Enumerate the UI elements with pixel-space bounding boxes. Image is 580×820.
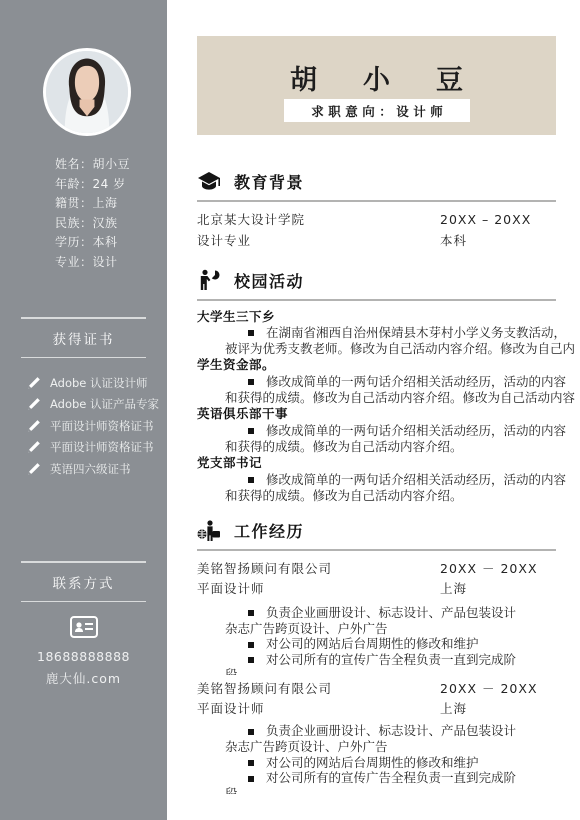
certificate-item: Adobe 认证设计师 [0,372,167,394]
certificate-label: Adobe 认证设计师 [50,375,148,391]
pen-icon [27,462,41,476]
job-role: 平面设计师 [197,579,440,599]
divider [21,601,146,603]
divider [21,357,146,359]
activity-heading: 党支部书记 [197,455,556,471]
certificate-item: 英语四六级证书 [0,458,167,480]
activity-text: 修改成简单的一两句话介绍相关活动经历，活动的内容 [266,472,566,487]
info-row: 年龄：24 岁 [55,175,130,195]
activity-line: 和获得的成绩。修改为自己活动内容介绍。修改为自己活动内容 [197,390,556,406]
work-location: 上海 [440,579,467,599]
pen-icon [27,419,41,433]
personal-info-list: 姓名：胡小豆 年龄：24 岁 籍贯：上海 民族：汉族 学历：本科 专业：设计 [55,155,130,272]
activity-line: 在湖南省湘西自治州保靖县木芽村小学义务支教活动， [197,325,556,341]
work-text: 负责企业画册设计、标志设计、产品包装设计 [266,723,516,738]
work-line: 负责企业画册设计、标志设计、产品包装设计 [197,605,556,621]
certificate-item: 平面设计师资格证书 [0,437,167,459]
info-label: 姓名： [55,157,93,171]
info-value: 上海 [93,196,118,210]
work-entry: 美铭智扬顾问有限公司 20XX － 20XX 平面设计师 上海 负责企业画册设计… [197,559,556,675]
certificate-label: 平面设计师资格证书 [50,439,154,455]
work-period: 20XX － 20XX [440,559,538,579]
pen-icon [27,397,41,411]
work-line-clipped: 段 [197,786,556,794]
info-value: 本科 [93,235,118,249]
education-period: 20XX – 20XX [440,209,531,230]
candidate-name: 胡小豆 [197,36,556,97]
certificates-list: Adobe 认证设计师 Adobe 认证产品专家 平面设计师资格证书 平面设计师… [0,372,167,480]
activity-heading: 英语俱乐部干事 [197,406,556,422]
work-header: 工作经历 [197,519,556,542]
certificate-label: 英语四六级证书 [50,461,131,477]
info-value: 设计 [93,255,118,269]
contact-section: 联系方式 18688888888 鹿大仙.com [0,561,167,687]
work-text: 负责企业画册设计、标志设计、产品包装设计 [266,605,516,620]
work-row: 平面设计师 上海 [197,579,556,599]
work-row: 美铭智扬顾问有限公司 20XX － 20XX [197,559,556,579]
square-bullet-icon [248,610,254,616]
work-text: 对公司的网站后台周期性的修改和维护 [266,755,479,770]
education-row: 北京某大设计学院 20XX – 20XX [197,209,556,230]
work-text: 对公司的网站后台周期性的修改和维护 [266,636,479,651]
phone-number: 18688888888 [0,649,167,664]
work-line: 杂志广告跨页设计、户外广告 [197,739,556,755]
degree: 本科 [440,230,467,251]
activity-line: 修改成简单的一两句话介绍相关活动经历，活动的内容 [197,374,556,390]
activity-line: 和获得的成绩。修改为自己活动内容介绍。 [197,488,556,504]
work-period: 20XX － 20XX [440,679,538,699]
work-text: 对公司所有的宣传广告全程负责一直到完成阶 [266,652,516,667]
activity-line: 修改成简单的一两句话介绍相关活动经历，活动的内容 [197,423,556,439]
work-bullets: 负责企业画册设计、标志设计、产品包装设计 杂志广告跨页设计、户外广告 对公司的网… [197,723,556,793]
activity-heading: 学生资金部。 [197,357,556,373]
work-row: 美铭智扬顾问有限公司 20XX － 20XX [197,679,556,699]
activity-line: 修改成简单的一两句话介绍相关活动经历，活动的内容 [197,472,556,488]
info-value: 胡小豆 [93,157,131,171]
info-row: 姓名：胡小豆 [55,155,130,175]
info-label: 学历： [55,235,93,249]
work-line: 对公司所有的宣传广告全程负责一直到完成阶 [197,770,556,786]
campus-body: 大学生三下乡 在湖南省湘西自治州保靖县木芽村小学义务支教活动， 被评为优秀支教老… [197,309,556,505]
id-card-icon [70,616,98,638]
major: 设计专业 [197,230,440,251]
certificate-item: 平面设计师资格证书 [0,415,167,437]
sidebar: 姓名：胡小豆 年龄：24 岁 籍贯：上海 民族：汉族 学历：本科 专业：设计 获… [0,0,167,820]
square-bullet-icon [248,642,254,648]
education-section: 教育背景 北京某大设计学院 20XX – 20XX 设计专业 本科 [197,170,556,251]
certificates-title: 获得证书 [0,319,167,357]
work-line: 负责企业画册设计、标志设计、产品包装设计 [197,723,556,739]
contact-title: 联系方式 [0,563,167,601]
activity-text: 修改成简单的一两句话介绍相关活动经历，活动的内容 [266,374,566,389]
work-line-clipped: 段 [197,667,556,675]
graduation-cap-icon [197,171,221,193]
campus-title: 校园活动 [234,269,304,292]
campus-header: 校园活动 [197,269,556,292]
square-bullet-icon [248,657,254,663]
job-objective-box: 求职意向：设计师 [284,99,470,122]
profile-photo [43,48,131,136]
activity-line: 被评为优秀支教老师。修改为自己活动内容介绍。修改为自己内 [197,341,556,357]
info-label: 年龄： [55,177,93,191]
certificate-label: 平面设计师资格证书 [50,418,154,434]
activity-line: 和获得的成绩。修改为自己活动内容介绍。 [197,439,556,455]
resume-main: 胡小豆 求职意向：设计师 教育背景 北京某大设计学院 20XX – 20XX [197,36,556,794]
section-divider [197,299,556,301]
school-name: 北京某大设计学院 [197,209,440,230]
activity-text: 修改成简单的一两句话介绍相关活动经历，活动的内容 [266,423,566,438]
certificates-section: 获得证书 Adobe 认证设计师 Adobe 认证产品专家 平面设计师资格证书 … [0,317,167,480]
work-text: 对公司所有的宣传广告全程负责一直到完成阶 [266,770,516,785]
name-header: 胡小豆 求职意向：设计师 [197,36,556,135]
work-line: 对公司的网站后台周期性的修改和维护 [197,755,556,771]
work-location: 上海 [440,699,467,719]
square-bullet-icon [248,729,254,735]
info-row: 民族：汉族 [55,214,130,234]
education-header: 教育背景 [197,170,556,193]
education-rows: 北京某大设计学院 20XX – 20XX 设计专业 本科 [197,209,556,251]
portrait-illustration [46,51,128,133]
info-label: 民族： [55,216,93,230]
square-bullet-icon [248,330,254,336]
company-name: 美铭智扬顾问有限公司 [197,559,440,579]
certificate-label: Adobe 认证产品专家 [50,396,159,412]
activity-heading: 大学生三下乡 [197,309,556,325]
square-bullet-icon [248,776,254,782]
pen-icon [27,440,41,454]
info-row: 学历：本科 [55,233,130,253]
briefcase-person-icon [197,520,221,542]
square-bullet-icon [248,477,254,483]
work-bullets: 负责企业画册设计、标志设计、产品包装设计 杂志广告跨页设计、户外广告 对公司的网… [197,605,556,675]
square-bullet-icon [248,428,254,434]
square-bullet-icon [248,760,254,766]
work-line: 杂志广告跨页设计、户外广告 [197,621,556,637]
info-value: 24 岁 [93,177,126,191]
activity-text: 在湖南省湘西自治州保靖县木芽村小学义务支教活动， [266,325,566,340]
info-row: 籍贯：上海 [55,194,130,214]
job-role: 平面设计师 [197,699,440,719]
section-divider [197,200,556,202]
job-objective: 求职意向：设计师 [307,102,448,120]
info-label: 籍贯： [55,196,93,210]
company-name: 美铭智扬顾问有限公司 [197,679,440,699]
pen-icon [27,376,41,390]
square-bullet-icon [248,379,254,385]
work-row: 平面设计师 上海 [197,699,556,719]
resume-page: 姓名：胡小豆 年龄：24 岁 籍贯：上海 民族：汉族 学历：本科 专业：设计 获… [0,0,580,820]
work-line: 对公司所有的宣传广告全程负责一直到完成阶 [197,652,556,668]
certificate-item: Adobe 认证产品专家 [0,394,167,416]
work-entry: 美铭智扬顾问有限公司 20XX － 20XX 平面设计师 上海 负责企业画册设计… [197,679,556,793]
website: 鹿大仙.com [0,669,167,687]
education-row: 设计专业 本科 [197,230,556,251]
work-title: 工作经历 [234,519,304,542]
work-section: 工作经历 美铭智扬顾问有限公司 20XX － 20XX 平面设计师 上海 负责企… [197,519,556,794]
education-title: 教育背景 [234,170,304,193]
info-label: 专业： [55,255,93,269]
work-line: 对公司的网站后台周期性的修改和维护 [197,636,556,652]
section-divider [197,549,556,551]
campus-section: 校园活动 大学生三下乡 在湖南省湘西自治州保靖县木芽村小学义务支教活动， 被评为… [197,269,556,504]
activity-person-icon [197,269,221,291]
info-row: 专业：设计 [55,253,130,273]
info-value: 汉族 [93,216,118,230]
